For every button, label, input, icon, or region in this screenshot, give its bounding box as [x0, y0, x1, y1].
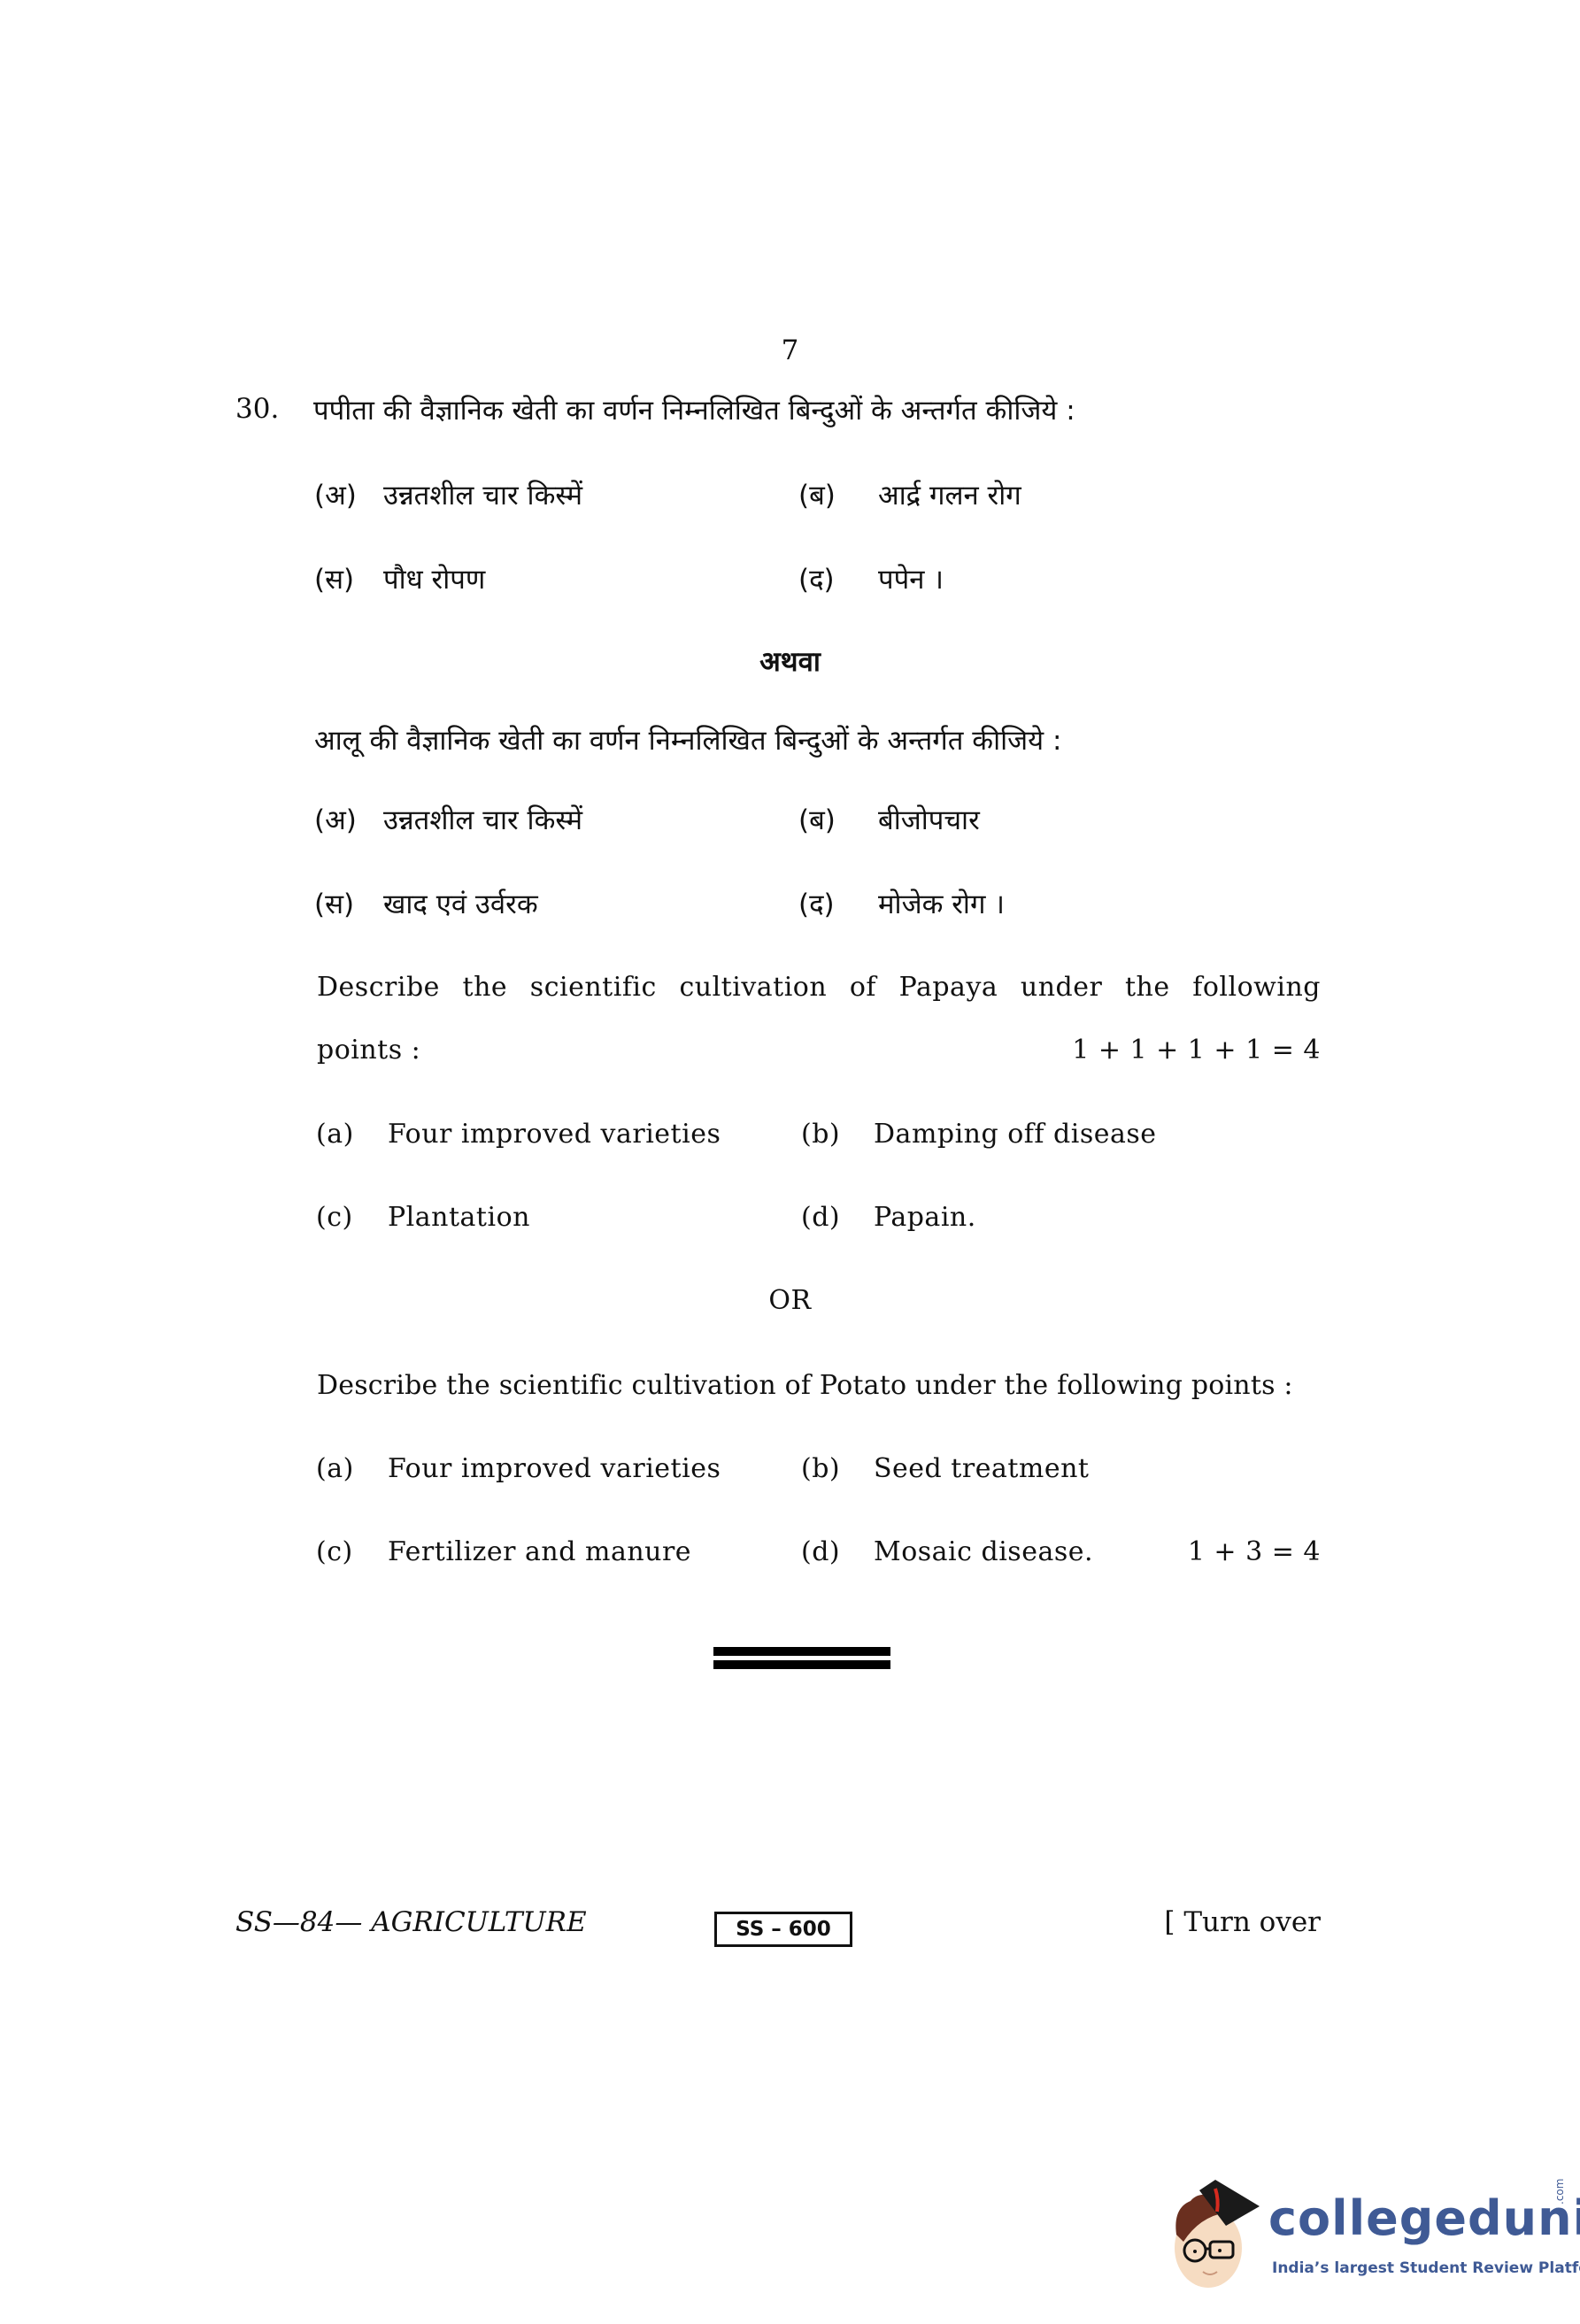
- paper-code: SS—84— AGRICULTURE: [235, 1906, 587, 1938]
- collegedunia-logo: collegedunia .com India’s largest Studen…: [1164, 2173, 1571, 2297]
- word: cultivation: [679, 972, 827, 1003]
- word: following: [1192, 972, 1321, 1003]
- hindi-or: अथवा: [0, 643, 1580, 680]
- english-prompt-papaya-line2: points :: [317, 1035, 420, 1066]
- end-rule-bottom: [713, 1660, 890, 1669]
- point-text: Damping off disease: [874, 1119, 1157, 1150]
- turn-over: [ Turn over: [1164, 1906, 1321, 1938]
- point-text: Fertilizer and manure: [388, 1536, 691, 1567]
- point-text: Seed treatment: [874, 1453, 1089, 1484]
- word: Describe: [317, 972, 440, 1003]
- english-or: OR: [0, 1285, 1580, 1316]
- point-text: Four improved varieties: [388, 1119, 721, 1150]
- hindi-point-label: (ब): [798, 801, 836, 838]
- hindi-point-label: (स): [314, 560, 354, 597]
- hindi-point-text: उन्नतशील चार किस्में: [383, 801, 582, 838]
- paper-series-box: SS – 600: [714, 1912, 852, 1947]
- hindi-point-text: मोजेक रोग ।: [878, 885, 1005, 922]
- point-label: (c): [316, 1536, 353, 1567]
- point-label: (b): [801, 1453, 840, 1484]
- point-text: Plantation: [388, 1202, 530, 1233]
- hindi-point-label: (स): [314, 885, 354, 922]
- hindi-point-label: (अ): [314, 801, 357, 838]
- point-label: (d): [801, 1202, 840, 1233]
- point-text: Mosaic disease.: [874, 1536, 1093, 1567]
- marks-papaya: 1 + 1 + 1 + 1 = 4: [1072, 1035, 1321, 1066]
- point-label: (a): [316, 1453, 354, 1484]
- point-label: (d): [801, 1536, 840, 1567]
- hindi-point-text: उन्नतशील चार किस्में: [383, 476, 582, 513]
- point-text: Four improved varieties: [388, 1453, 721, 1484]
- student-mascot-icon: [1164, 2173, 1270, 2297]
- hindi-point-text: आर्द्र गलन रोग: [878, 476, 1021, 513]
- word: the: [1125, 972, 1170, 1003]
- word: under: [1021, 972, 1102, 1003]
- word: scientific: [530, 972, 657, 1003]
- end-rule-top: [713, 1647, 890, 1656]
- point-label: (b): [801, 1119, 840, 1150]
- question-number: 30.: [235, 393, 279, 425]
- word: of: [850, 972, 876, 1003]
- word: the: [463, 972, 508, 1003]
- brand-name: collegedunia: [1268, 2190, 1580, 2246]
- brand-tld: .com: [1553, 2179, 1566, 2205]
- english-prompt-papaya-line1: Describe the scientific cultivation of P…: [317, 972, 1321, 1003]
- hindi-point-label: (ब): [798, 476, 836, 513]
- word: Papaya: [899, 972, 998, 1003]
- hindi-point-text: बीजोपचार: [878, 801, 980, 838]
- hindi-point-label: (द): [798, 560, 835, 597]
- point-label: (c): [316, 1202, 353, 1233]
- page-number: 7: [0, 335, 1580, 366]
- english-prompt-potato: Describe the scientific cultivation of P…: [317, 1370, 1293, 1401]
- point-text: Papain.: [874, 1202, 976, 1233]
- hindi-prompt-potato: आलू की वैज्ञानिक खेती का वर्णन निम्नलिखि…: [314, 721, 1061, 758]
- point-label: (a): [316, 1119, 354, 1150]
- brand-tagline: India’s largest Student Review Platform: [1272, 2259, 1580, 2277]
- hindi-prompt-papaya: पपीता की वैज्ञानिक खेती का वर्णन निम्नलि…: [313, 391, 1075, 428]
- hindi-point-text: खाद एवं उर्वरक: [383, 885, 538, 922]
- marks-potato: 1 + 3 = 4: [1188, 1536, 1321, 1567]
- hindi-point-label: (द): [798, 885, 835, 922]
- hindi-point-text: पौध रोपण: [383, 560, 485, 597]
- hindi-point-label: (अ): [314, 476, 357, 513]
- hindi-point-text: पपेन ।: [878, 560, 944, 597]
